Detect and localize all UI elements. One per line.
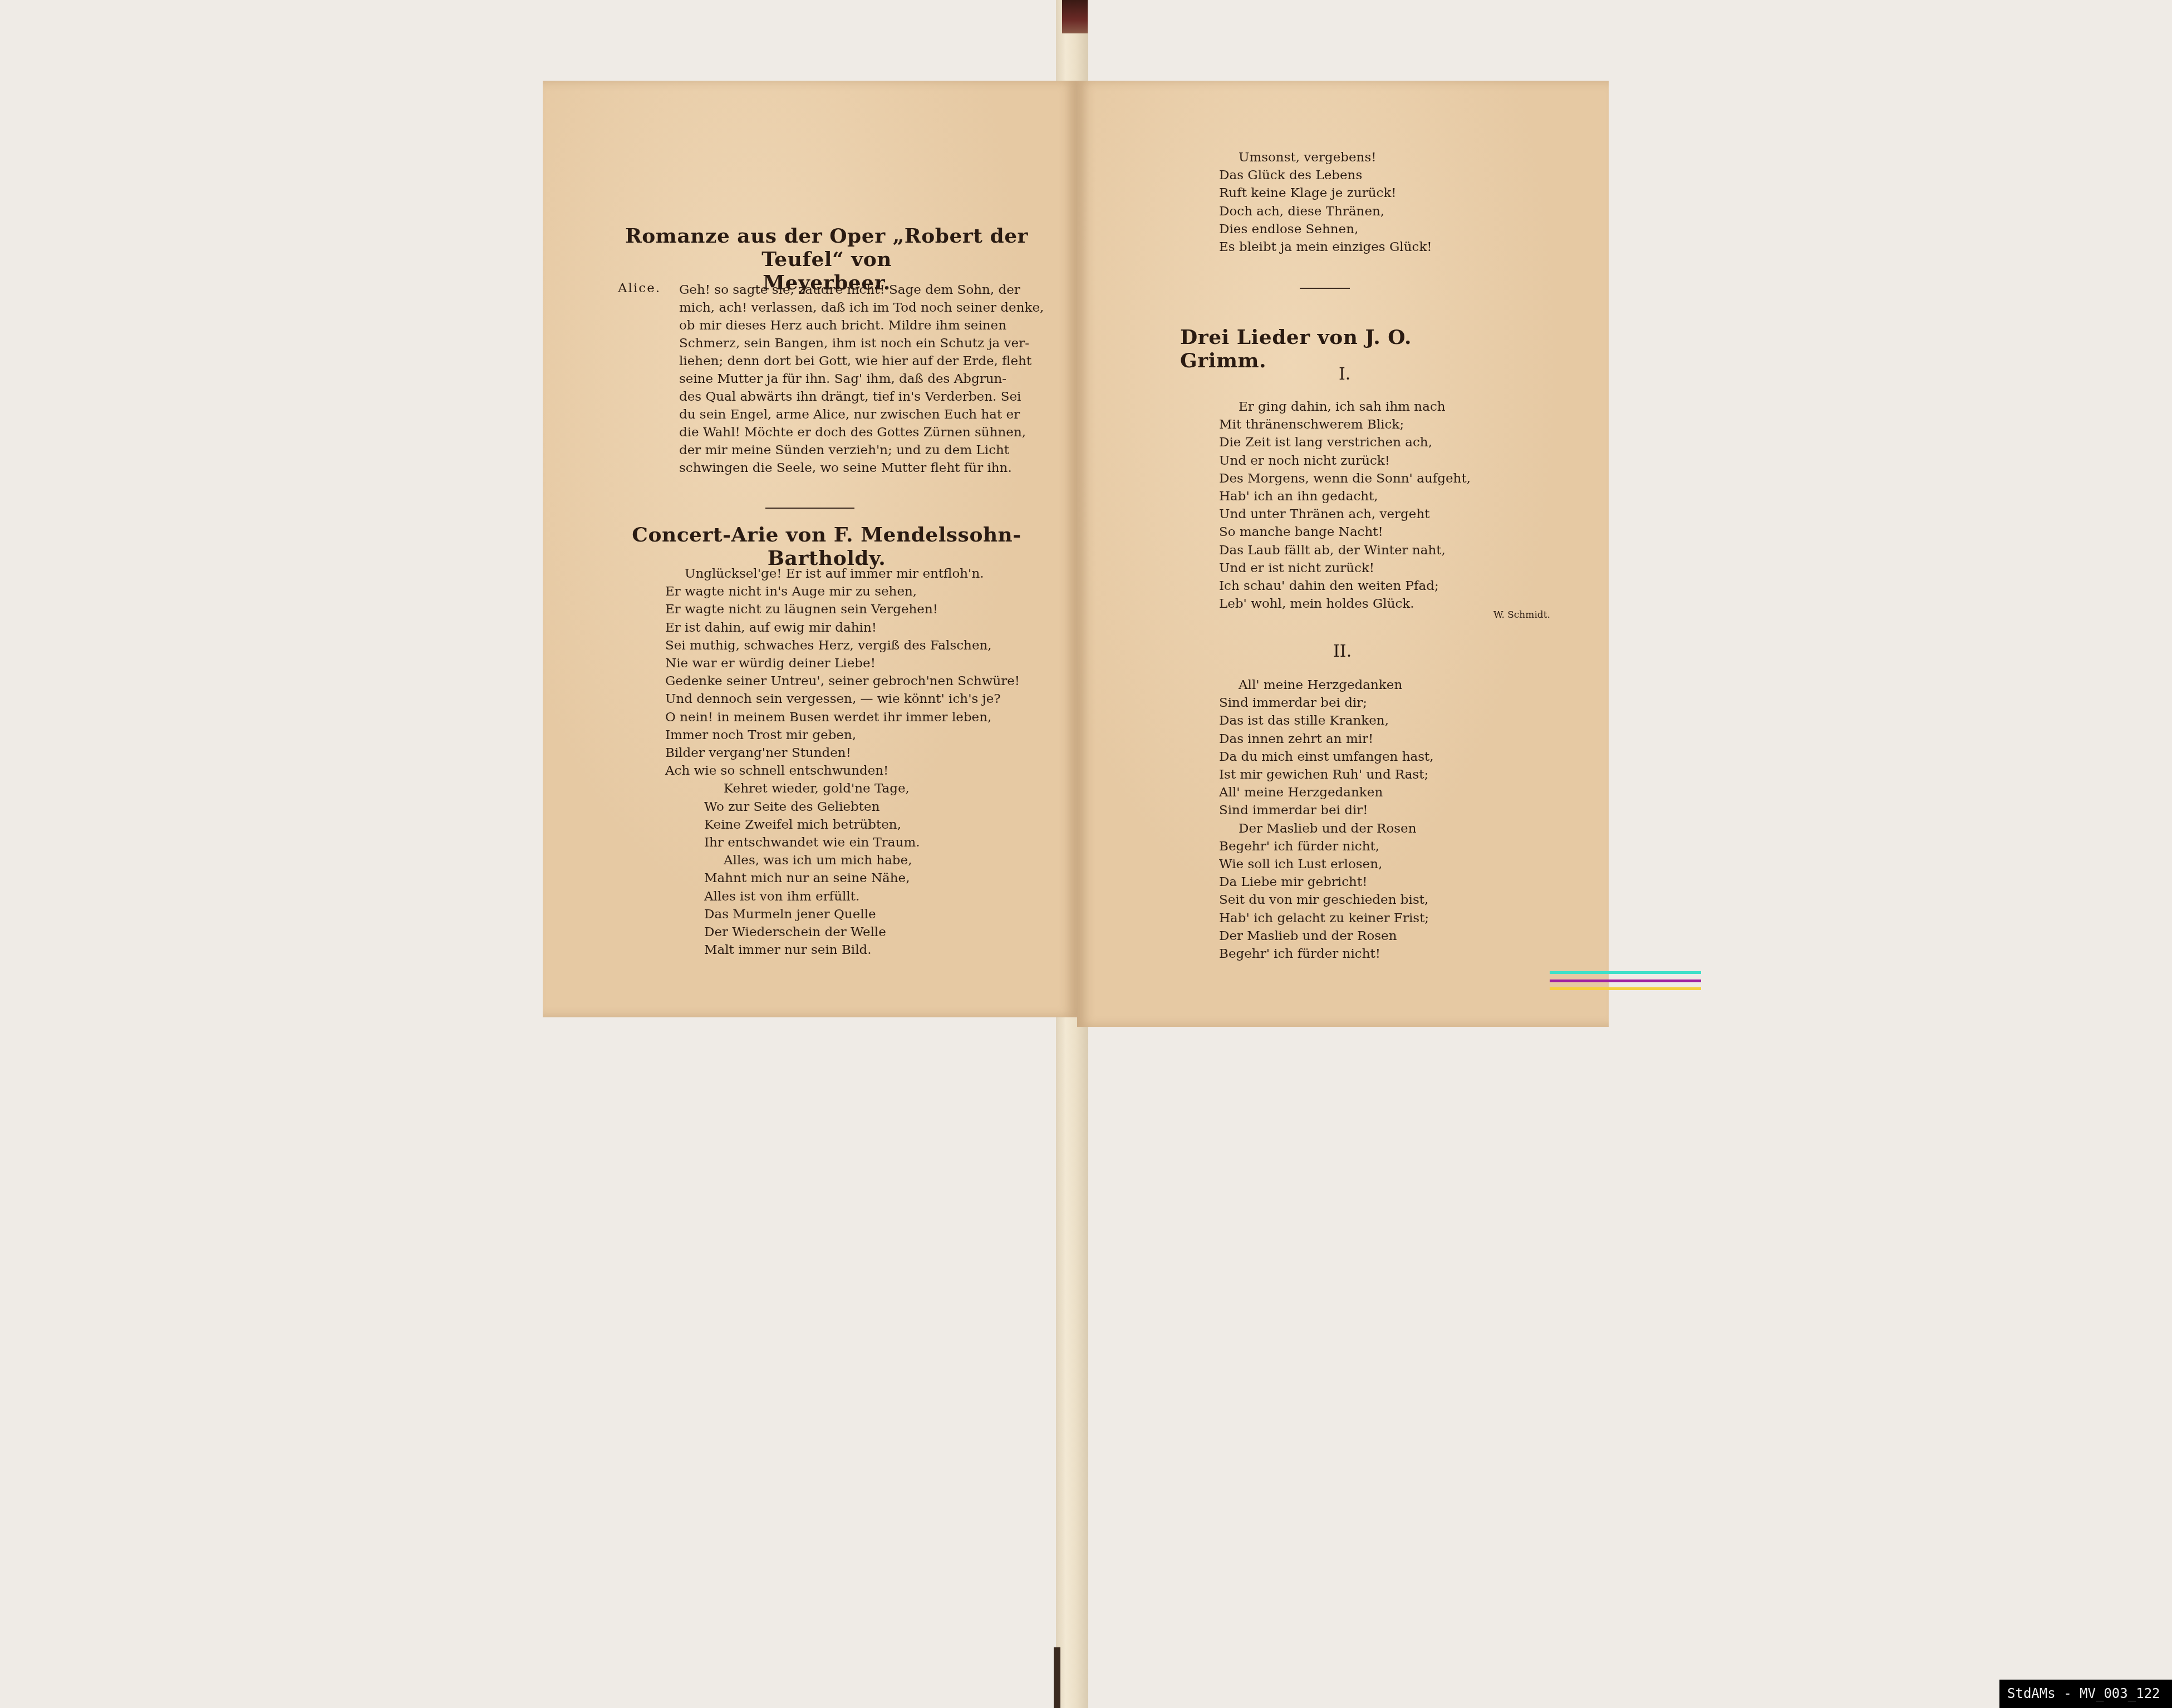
spine-binding-bottom <box>1054 1647 1060 1708</box>
text-line: Hab' ich gelacht zu keiner Frist; <box>1219 909 1434 927</box>
text-line: Das Murmeln jener Quelle <box>665 905 1020 923</box>
text-line: Gedenke seiner Untreu', seiner gebroch'n… <box>665 672 1020 690</box>
text-line: Begehr' ich fürder nicht, <box>1219 838 1434 855</box>
text-line: Wo zur Seite des Geliebten <box>665 798 1020 816</box>
text-line: Alles ist von ihm erfüllt. <box>665 888 1020 905</box>
color-bar-yellow <box>1550 987 1701 990</box>
concert-arie-section: Concert-Arie von F. Mendelssohn-Barthold… <box>626 523 1027 570</box>
text-line: Das Laub fällt ab, der Winter naht, <box>1219 542 1471 559</box>
concert-arie-verse: Unglücksel'ge! Er ist auf immer mir entf… <box>665 565 1020 959</box>
continuation-verse: Umsonst, vergebens!Das Glück des LebensR… <box>1219 149 1432 256</box>
text-line: Der Wiederschein der Welle <box>665 923 1020 941</box>
text-line: Geh! so sagte sie, zaudre nicht! Sage de… <box>679 281 1052 299</box>
text-line: Mahnt mich nur an seine Nähe, <box>665 869 1020 887</box>
section-divider-right <box>1300 288 1350 289</box>
text-line: die Wahl! Möchte er doch des Gottes Zürn… <box>679 424 1052 441</box>
section-divider <box>765 508 854 509</box>
text-line: Schmerz, sein Bangen, ihm ist noch ein S… <box>679 334 1052 352</box>
text-line: Wie soll ich Lust erlosen, <box>1219 855 1434 873</box>
song1-verse: Er ging dahin, ich sah ihm nachMit thrän… <box>1219 398 1471 613</box>
romanze-title-line1: Romanze aus der Oper „Robert der Teufel“… <box>625 224 1028 271</box>
text-line: Kehret wieder, gold'ne Tage, <box>665 780 1020 798</box>
text-line: schwingen die Seele, wo seine Mutter fle… <box>679 459 1052 477</box>
archive-label: StdAMs - MV_003_122 <box>1999 1680 2172 1708</box>
text-line: Umsonst, vergebens! <box>1219 149 1432 166</box>
text-line: Keine Zweifel mich betrübten, <box>665 816 1020 834</box>
text-line: Sind immerdar bei dir! <box>1219 801 1434 819</box>
drei-lieder-title: Drei Lieder von J. O. Grimm. <box>1180 326 1458 372</box>
spine-binding-top <box>1062 0 1088 33</box>
song2-numeral: II. <box>1333 642 1352 661</box>
text-line: Bilder vergang'ner Stunden! <box>665 744 1020 762</box>
song1-numeral: I. <box>1339 365 1350 384</box>
text-line: All' meine Herzgedanken <box>1219 676 1434 694</box>
text-line: Da du mich einst umfangen hast, <box>1219 748 1434 766</box>
drei-lieder-section: Drei Lieder von J. O. Grimm. <box>1180 326 1458 372</box>
song1-signature: W. Schmidt. <box>1456 609 1550 621</box>
text-line: Und unter Thränen ach, vergeht <box>1219 505 1471 523</box>
text-line: So manche bange Nacht! <box>1219 523 1471 541</box>
text-line: Doch ach, diese Thränen, <box>1219 203 1432 220</box>
text-line: liehen; denn dort bei Gott, wie hier auf… <box>679 352 1052 370</box>
text-line: Sind immerdar bei dir; <box>1219 694 1434 712</box>
text-line: Des Morgens, wenn die Sonn' aufgeht, <box>1219 470 1471 488</box>
text-line: Seit du von mir geschieden bist, <box>1219 891 1434 909</box>
text-line: seine Mutter ja für ihn. Sag' ihm, daß d… <box>679 370 1052 388</box>
text-line: Ist mir gewichen Ruh' und Rast; <box>1219 766 1434 784</box>
text-line: Das innen zehrt an mir! <box>1219 730 1434 748</box>
text-line: Und er ist nicht zurück! <box>1219 559 1471 577</box>
text-line: des Qual abwärts ihn drängt, tief in's V… <box>679 388 1052 406</box>
text-line: Ihr entschwandet wie ein Traum. <box>665 834 1020 851</box>
text-line: All' meine Herzgedanken <box>1219 784 1434 801</box>
text-line: Das ist das stille Kranken, <box>1219 712 1434 730</box>
text-line: Immer noch Trost mir geben, <box>665 726 1020 744</box>
text-line: Alles, was ich um mich habe, <box>665 851 1020 869</box>
speaker-label: Alice. <box>618 281 661 296</box>
text-line: Ich schau' dahin den weiten Pfad; <box>1219 577 1471 595</box>
text-line: Mit thränenschwerem Blick; <box>1219 416 1471 434</box>
text-line: Da Liebe mir gebricht! <box>1219 873 1434 891</box>
text-line: Ruft keine Klage je zurück! <box>1219 184 1432 202</box>
text-line: Und dennoch sein vergessen, — wie könnt'… <box>665 690 1020 708</box>
text-line: Und er noch nicht zurück! <box>1219 452 1471 470</box>
text-line: Er ging dahin, ich sah ihm nach <box>1219 398 1471 416</box>
text-line: Er wagte nicht in's Auge mir zu sehen, <box>665 583 1020 600</box>
text-line: ob mir dieses Herz auch bricht. Mildre i… <box>679 317 1052 334</box>
text-line: Es bleibt ja mein einziges Glück! <box>1219 238 1432 256</box>
text-line: Begehr' ich fürder nicht! <box>1219 945 1434 963</box>
left-page: Romanze aus der Oper „Robert der Teufel“… <box>543 81 1077 1017</box>
text-line: Ach wie so schnell entschwunden! <box>665 762 1020 780</box>
text-line: Er ist dahin, auf ewig mir dahin! <box>665 619 1020 637</box>
text-line: Malt immer nur sein Bild. <box>665 941 1020 959</box>
romanze-text: Geh! so sagte sie, zaudre nicht! Sage de… <box>679 281 1052 477</box>
text-line: mich, ach! verlassen, daß ich im Tod noc… <box>679 299 1052 317</box>
text-line: Sei muthig, schwaches Herz, vergiß des F… <box>665 637 1020 654</box>
text-line: Der Maslieb und der Rosen <box>1219 927 1434 945</box>
text-line: Das Glück des Lebens <box>1219 166 1432 184</box>
right-page: Umsonst, vergebens!Das Glück des LebensR… <box>1077 81 1609 1027</box>
concert-arie-title: Concert-Arie von F. Mendelssohn-Barthold… <box>626 523 1027 570</box>
text-line: Die Zeit ist lang verstrichen ach, <box>1219 434 1471 451</box>
text-line: Nie war er würdig deiner Liebe! <box>665 654 1020 672</box>
text-line: der mir meine Sünden verzieh'n; und zu d… <box>679 441 1052 459</box>
color-bar-cyan <box>1550 971 1701 974</box>
text-line: Unglücksel'ge! Er ist auf immer mir entf… <box>665 565 1020 583</box>
text-line: Hab' ich an ihn gedacht, <box>1219 488 1471 505</box>
text-line: du sein Engel, arme Alice, nur zwischen … <box>679 406 1052 424</box>
text-line: Er wagte nicht zu läugnen sein Vergehen! <box>665 600 1020 618</box>
song2-verse: All' meine HerzgedankenSind immerdar bei… <box>1219 676 1434 963</box>
text-line: Der Maslieb und der Rosen <box>1219 820 1434 838</box>
text-line: O nein! in meinem Busen werdet ihr immer… <box>665 708 1020 726</box>
text-line: Leb' wohl, mein holdes Glück. <box>1219 595 1471 613</box>
text-line: Dies endlose Sehnen, <box>1219 220 1432 238</box>
color-bar-magenta <box>1550 979 1701 982</box>
